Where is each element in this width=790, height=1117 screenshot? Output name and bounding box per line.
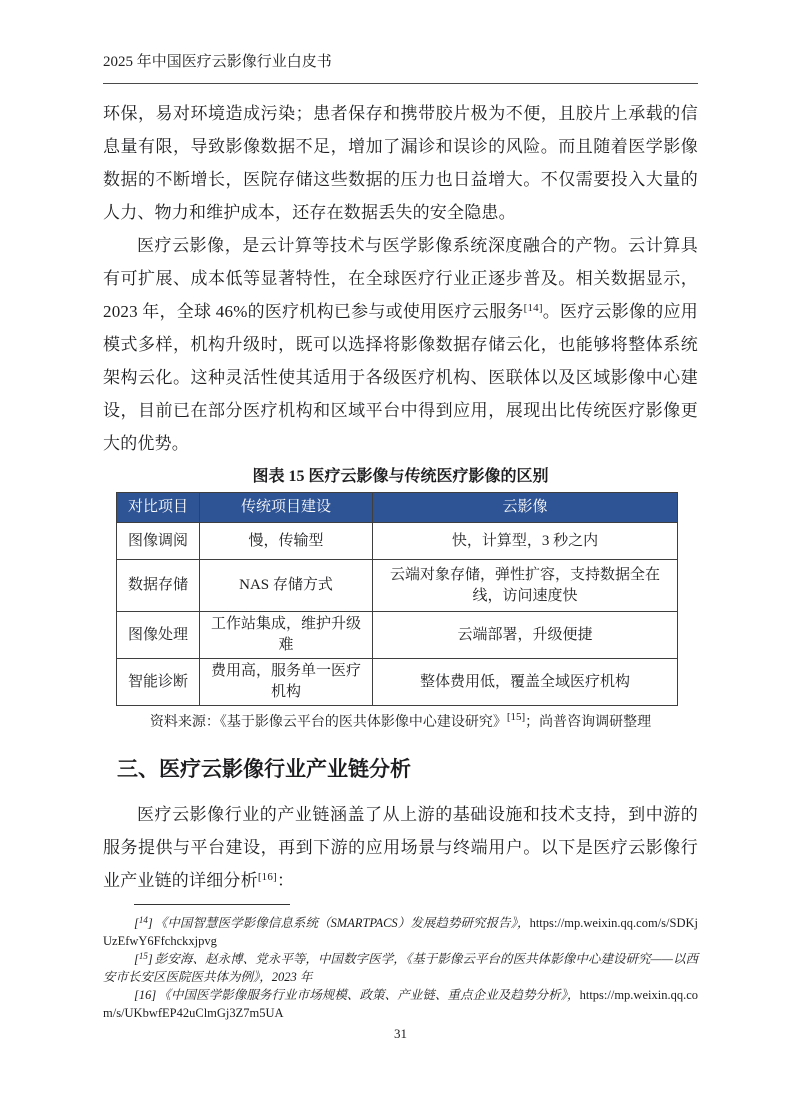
paragraph-cloud-imaging: 医疗云影像，是云计算等技术与医学影像系统深度融合的产物。云计算具有可扩展、成本低… [103,229,698,460]
table-row: 图像调阅 慢，传输型 快，计算型，3 秒之内 [117,523,678,560]
comparison-table: 对比项目 传统项目建设 云影像 图像调阅 慢，传输型 快，计算型，3 秒之内 数… [116,492,678,706]
table-cell: 云端部署，升级便捷 [373,612,678,659]
footnote-text: 彭安海、赵永博、党永平等，中国数字医学，《基于影像云平台的医共体影像中心建设研究… [103,952,698,984]
column-header: 云影像 [373,493,678,523]
figure-source: 资料来源：《基于影像云平台的医共体影像中心建设研究》[15]；尚普咨询调研整理 [103,713,698,733]
footnote-ref-15: [15] [507,711,525,723]
table-cell: 数据存储 [117,560,200,612]
footnote-separator [134,904,290,905]
source-text: 资料来源：《基于影像云平台的医共体影像中心建设研究》 [150,715,507,730]
table-cell: 智能诊断 [117,659,200,706]
footnote-bracket: ] [148,916,153,930]
table-cell: 费用高，服务单一医疗机构 [200,659,373,706]
header-title: 2025 年中国医疗云影像行业白皮书 [103,52,698,72]
table-cell: 慢，传输型 [200,523,373,560]
paragraph-text: 。医疗云影像的应用模式多样，机构升级时，既可以选择将影像数据存储云化，也能够将整… [103,302,698,453]
page-body: 环保，易对环境造成污染；患者保存和携带胶片极为不便，且胶片上承载的信息量有限，导… [103,84,698,897]
section-heading: 三、医疗云影像行业产业链分析 [117,754,698,784]
footnote-15: [15]彭安海、赵永博、党永平等，中国数字医学，《基于影像云平台的医共体影像中心… [103,950,698,986]
paragraph-text: 医疗云影像行业的产业链涵盖了从上游的基础设施和技术支持，到中游的服务提供与平台建… [103,805,698,890]
footnote-marker: [14] [134,916,153,930]
table-cell: 云端对象存储，弹性扩容，支持数据全在线，访问速度快 [373,560,678,612]
table-cell: NAS 存储方式 [200,560,373,612]
page-header: 2025 年中国医疗云影像行业白皮书 [103,0,698,84]
footnote-ref-16: [16] [258,871,277,883]
table-row: 图像处理 工作站集成，维护升级难 云端部署，升级便捷 [117,612,678,659]
footnote-number: 14 [139,915,148,925]
footnote-14: [14]《中国智慧医学影像信息系统（SMARTPACS）发展趋势研究报告》，ht… [103,914,698,950]
footnote-marker: [16] [134,988,156,1002]
table-cell: 图像处理 [117,612,200,659]
footnote-text: 《中国医学影像服务行业市场规模、政策、产业链、重点企业及趋势分析》， [158,988,579,1002]
column-header: 对比项目 [117,493,200,523]
footnote-number: 15 [139,951,148,961]
page-footer: [14]《中国智慧医学影像信息系统（SMARTPACS）发展趋势研究报告》，ht… [103,904,698,1042]
table-header-row: 对比项目 传统项目建设 云影像 [117,493,678,523]
footnote-bracket: ] [148,952,153,966]
footnote-ref-14: [14] [524,302,543,314]
table-row: 数据存储 NAS 存储方式 云端对象存储，弹性扩容，支持数据全在线，访问速度快 [117,560,678,612]
footnote-marker: [15] [134,952,153,966]
footnote-text: 《中国智慧医学影像信息系统（SMARTPACS）发展趋势研究报告》， [155,916,530,930]
table-row: 智能诊断 费用高，服务单一医疗机构 整体费用低，覆盖全域医疗机构 [117,659,678,706]
figure-caption: 图表 15 医疗云影像与传统医疗影像的区别 [103,466,698,488]
table-cell: 快，计算型，3 秒之内 [373,523,678,560]
source-text: ；尚普咨询调研整理 [525,715,651,730]
document-page: 2025 年中国医疗云影像行业白皮书 环保，易对环境造成污染；患者保存和携带胶片… [0,0,790,1117]
page-number: 31 [103,1026,698,1042]
column-header: 传统项目建设 [200,493,373,523]
paragraph-industry-chain: 医疗云影像行业的产业链涵盖了从上游的基础设施和技术支持，到中游的服务提供与平台建… [103,798,698,897]
paragraph-film-drawbacks: 环保，易对环境造成污染；患者保存和携带胶片极为不便，且胶片上承载的信息量有限，导… [103,97,698,229]
table-cell: 工作站集成，维护升级难 [200,612,373,659]
paragraph-text: ： [277,871,294,890]
footnote-16: [16]《中国医学影像服务行业市场规模、政策、产业链、重点企业及趋势分析》，ht… [103,986,698,1022]
table-cell: 图像调阅 [117,523,200,560]
table-cell: 整体费用低，覆盖全域医疗机构 [373,659,678,706]
